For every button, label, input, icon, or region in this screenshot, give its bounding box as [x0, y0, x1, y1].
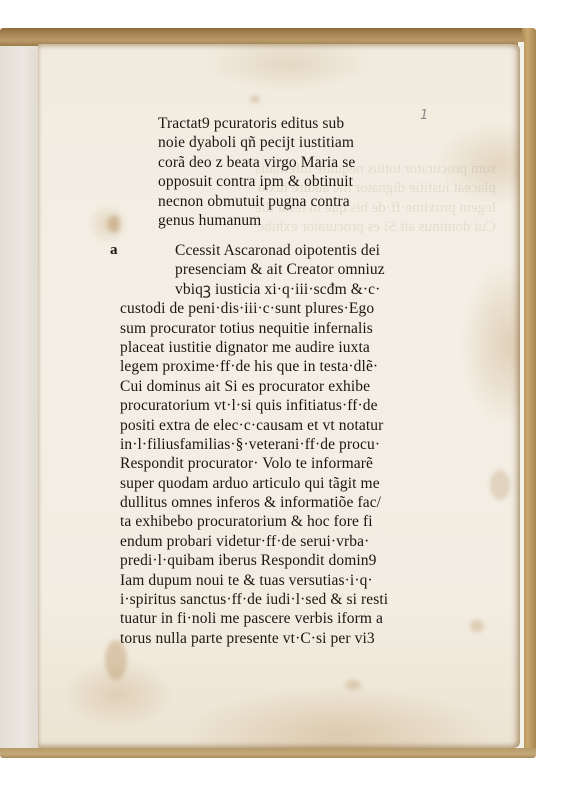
guide-letter: a	[110, 241, 118, 260]
body-line: i·spiritus sanctus·ff·de iudi·l·sed & si…	[120, 590, 388, 609]
foxing-stain	[490, 470, 510, 500]
title-line: genus humanum	[158, 211, 355, 230]
title-line: noie dyaboli qñ pecijt iustitiam	[158, 133, 355, 152]
body-line: predi·l·quibam iberus Respondit domin9	[120, 551, 388, 570]
body-line: ta exhibebo procuratorium & hoc fore fi	[120, 512, 388, 531]
body-line: torus nulla parte presente vt·C·si per v…	[120, 629, 388, 648]
body-line: legem proxime·ff·de his que in testa·dlẽ…	[120, 357, 388, 376]
body-line: custodi de peni·dis·iii·c·sunt plures·Eg…	[120, 299, 388, 318]
binding-board-bottom	[0, 748, 536, 758]
body-line: Iam dupum noui te & tuas versutias·i·q·	[120, 571, 388, 590]
body-line: positi extra de elec·c·causam et vt nota…	[120, 416, 388, 435]
body-line: in·l·filiusfamilias·§·veterani·ff·de pro…	[120, 435, 388, 454]
left-page-edge	[0, 36, 39, 756]
body-line: placeat iustitie dignator me audire iuxt…	[120, 338, 388, 357]
body-line: Respondit procurator· Volo te informarẽ	[120, 454, 388, 473]
title-line: necnon obmutuit pugna contra	[158, 192, 355, 211]
body-paragraph: Ccessit Ascaronad oipotentis dei presenc…	[120, 241, 388, 648]
body-line: Cui dominus ait Si es procurator exhibe	[120, 377, 388, 396]
title-paragraph: Tractat9 pcuratoris editus sub noie dyab…	[158, 114, 355, 230]
body-line: sum procurator totius nequitie infernali…	[120, 319, 388, 338]
body-line: presenciam & ait Creator omniuz	[120, 260, 388, 279]
body-line: procuratorium vt·l·si quis infitiatus·ff…	[120, 396, 388, 415]
body-line: tuatur in fi·noli me pascere verbis ifor…	[120, 609, 388, 628]
body-line: Ccessit Ascaronad oipotentis dei	[120, 241, 388, 260]
binding-board-right	[522, 28, 536, 750]
body-line: super quodam arduo articulo qui tãgit me	[120, 474, 388, 493]
title-line: corã deo z beata virgo Maria se	[158, 153, 355, 172]
title-line: Tractat9 pcuratoris editus sub	[158, 114, 355, 133]
title-line: opposuit contra ipm & obtinuit	[158, 172, 355, 191]
body-line: dullitus omnes inferos & informatiõe fac…	[120, 493, 388, 512]
foxing-stain	[345, 680, 361, 690]
body-line: vbiqꝫ iusticia xi·q·iii·scđm &·c·	[120, 280, 388, 299]
folio-number: 1	[420, 108, 428, 123]
foxing-stain	[250, 95, 260, 103]
body-line: endum probari videtur·ff·de serui·vrba·	[120, 532, 388, 551]
foxing-stain	[470, 620, 484, 632]
foxing-stain	[108, 215, 120, 233]
